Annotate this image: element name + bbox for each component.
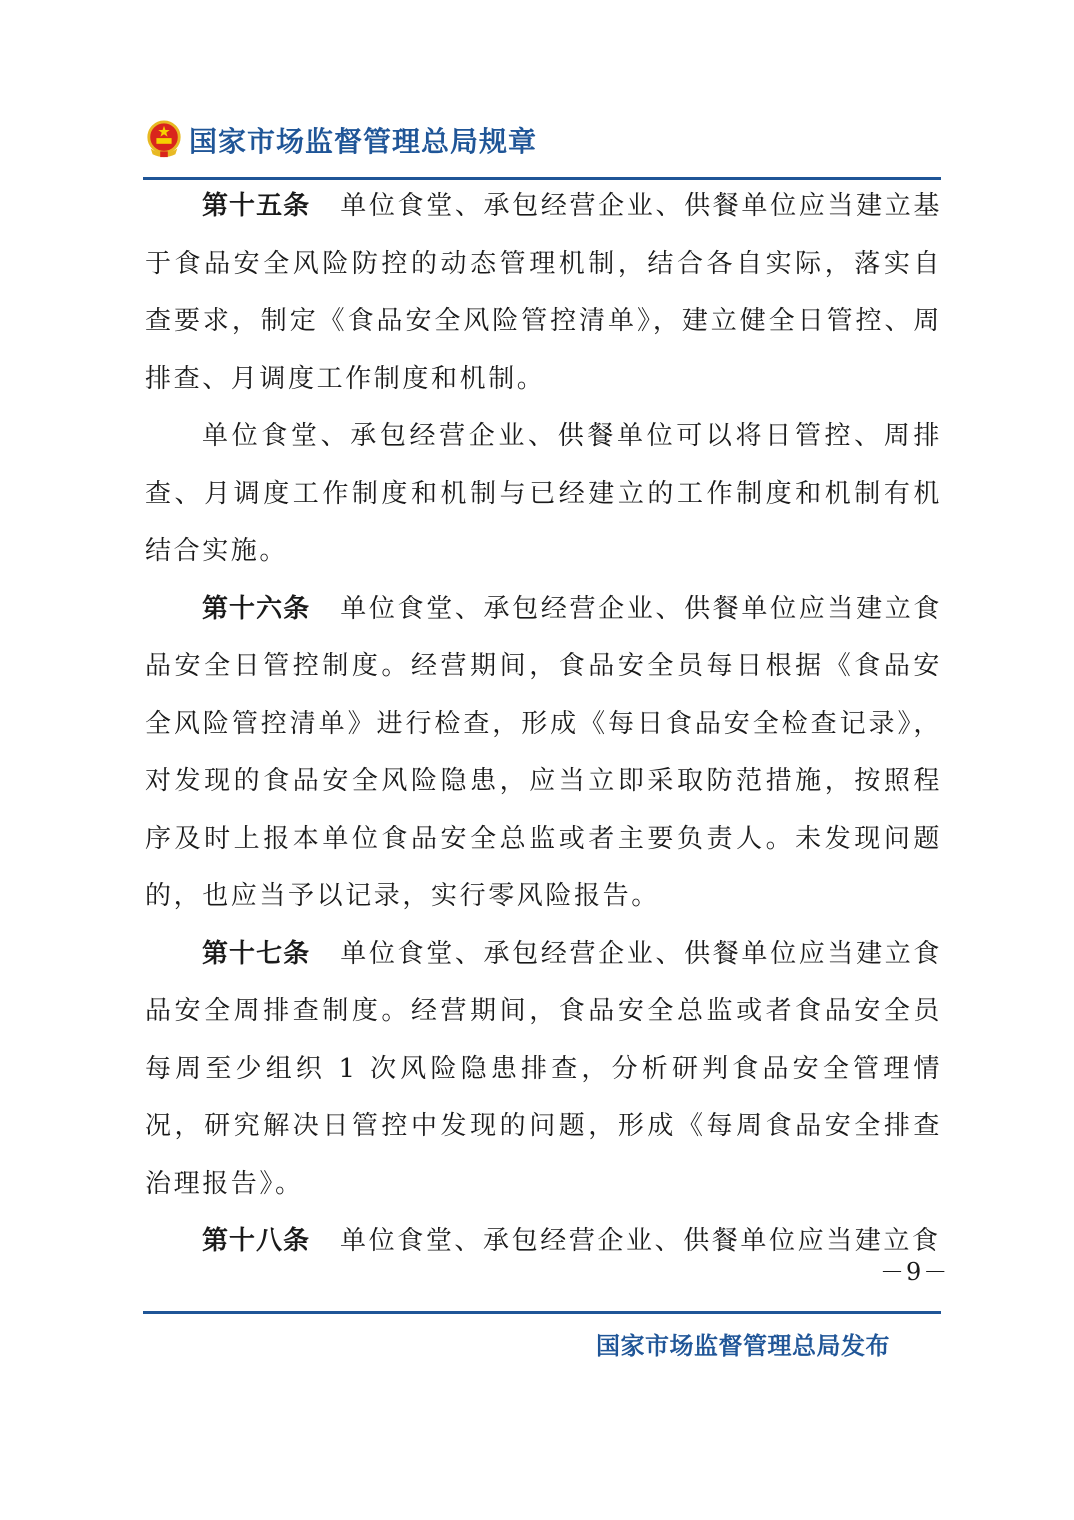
article-text: 单位食堂、承包经营企业、供餐单位应当建立食品安全日管控制度。经营期间，食品安全员… (145, 594, 942, 912)
article-18: 第十八条单位食堂、承包经营企业、供餐单位应当建立食 (145, 1213, 942, 1271)
footer-publisher: 国家市场监督管理总局发布 (596, 1326, 890, 1361)
document-header: 国家市场监督管理总局规章 (145, 120, 537, 160)
article-label: 第十七条 (202, 939, 310, 969)
article-text: 单位食堂、承包经营企业、供餐单位可以将日管控、周排查、月调度工作制度和机制与已经… (145, 421, 942, 566)
page-number: －9－ (880, 1252, 949, 1287)
national-emblem-icon (145, 120, 183, 160)
article-label: 第十五条 (202, 191, 310, 221)
article-15: 第十五条单位食堂、承包经营企业、供餐单位应当建立基于食品安全风险防控的动态管理机… (145, 178, 942, 408)
article-17: 第十七条单位食堂、承包经营企业、供餐单位应当建立食品安全周排查制度。经营期间，食… (145, 926, 942, 1214)
article-16: 第十六条单位食堂、承包经营企业、供餐单位应当建立食品安全日管控制度。经营期间，食… (145, 581, 942, 926)
header-title: 国家市场监督管理总局规章 (189, 120, 537, 160)
article-text: 单位食堂、承包经营企业、供餐单位应当建立食 (340, 1226, 941, 1256)
footer-divider (143, 1311, 941, 1314)
article-label: 第十八条 (202, 1226, 310, 1256)
article-text: 单位食堂、承包经营企业、供餐单位应当建立食品安全周排查制度。经营期间，食品安全总… (145, 939, 942, 1199)
article-text: 单位食堂、承包经营企业、供餐单位应当建立基于食品安全风险防控的动态管理机制，结合… (145, 191, 942, 394)
article-label: 第十六条 (202, 594, 310, 624)
document-body: 第十五条单位食堂、承包经营企业、供餐单位应当建立基于食品安全风险防控的动态管理机… (145, 178, 942, 1271)
article-15-paragraph-2: 单位食堂、承包经营企业、供餐单位可以将日管控、周排查、月调度工作制度和机制与已经… (145, 408, 942, 581)
